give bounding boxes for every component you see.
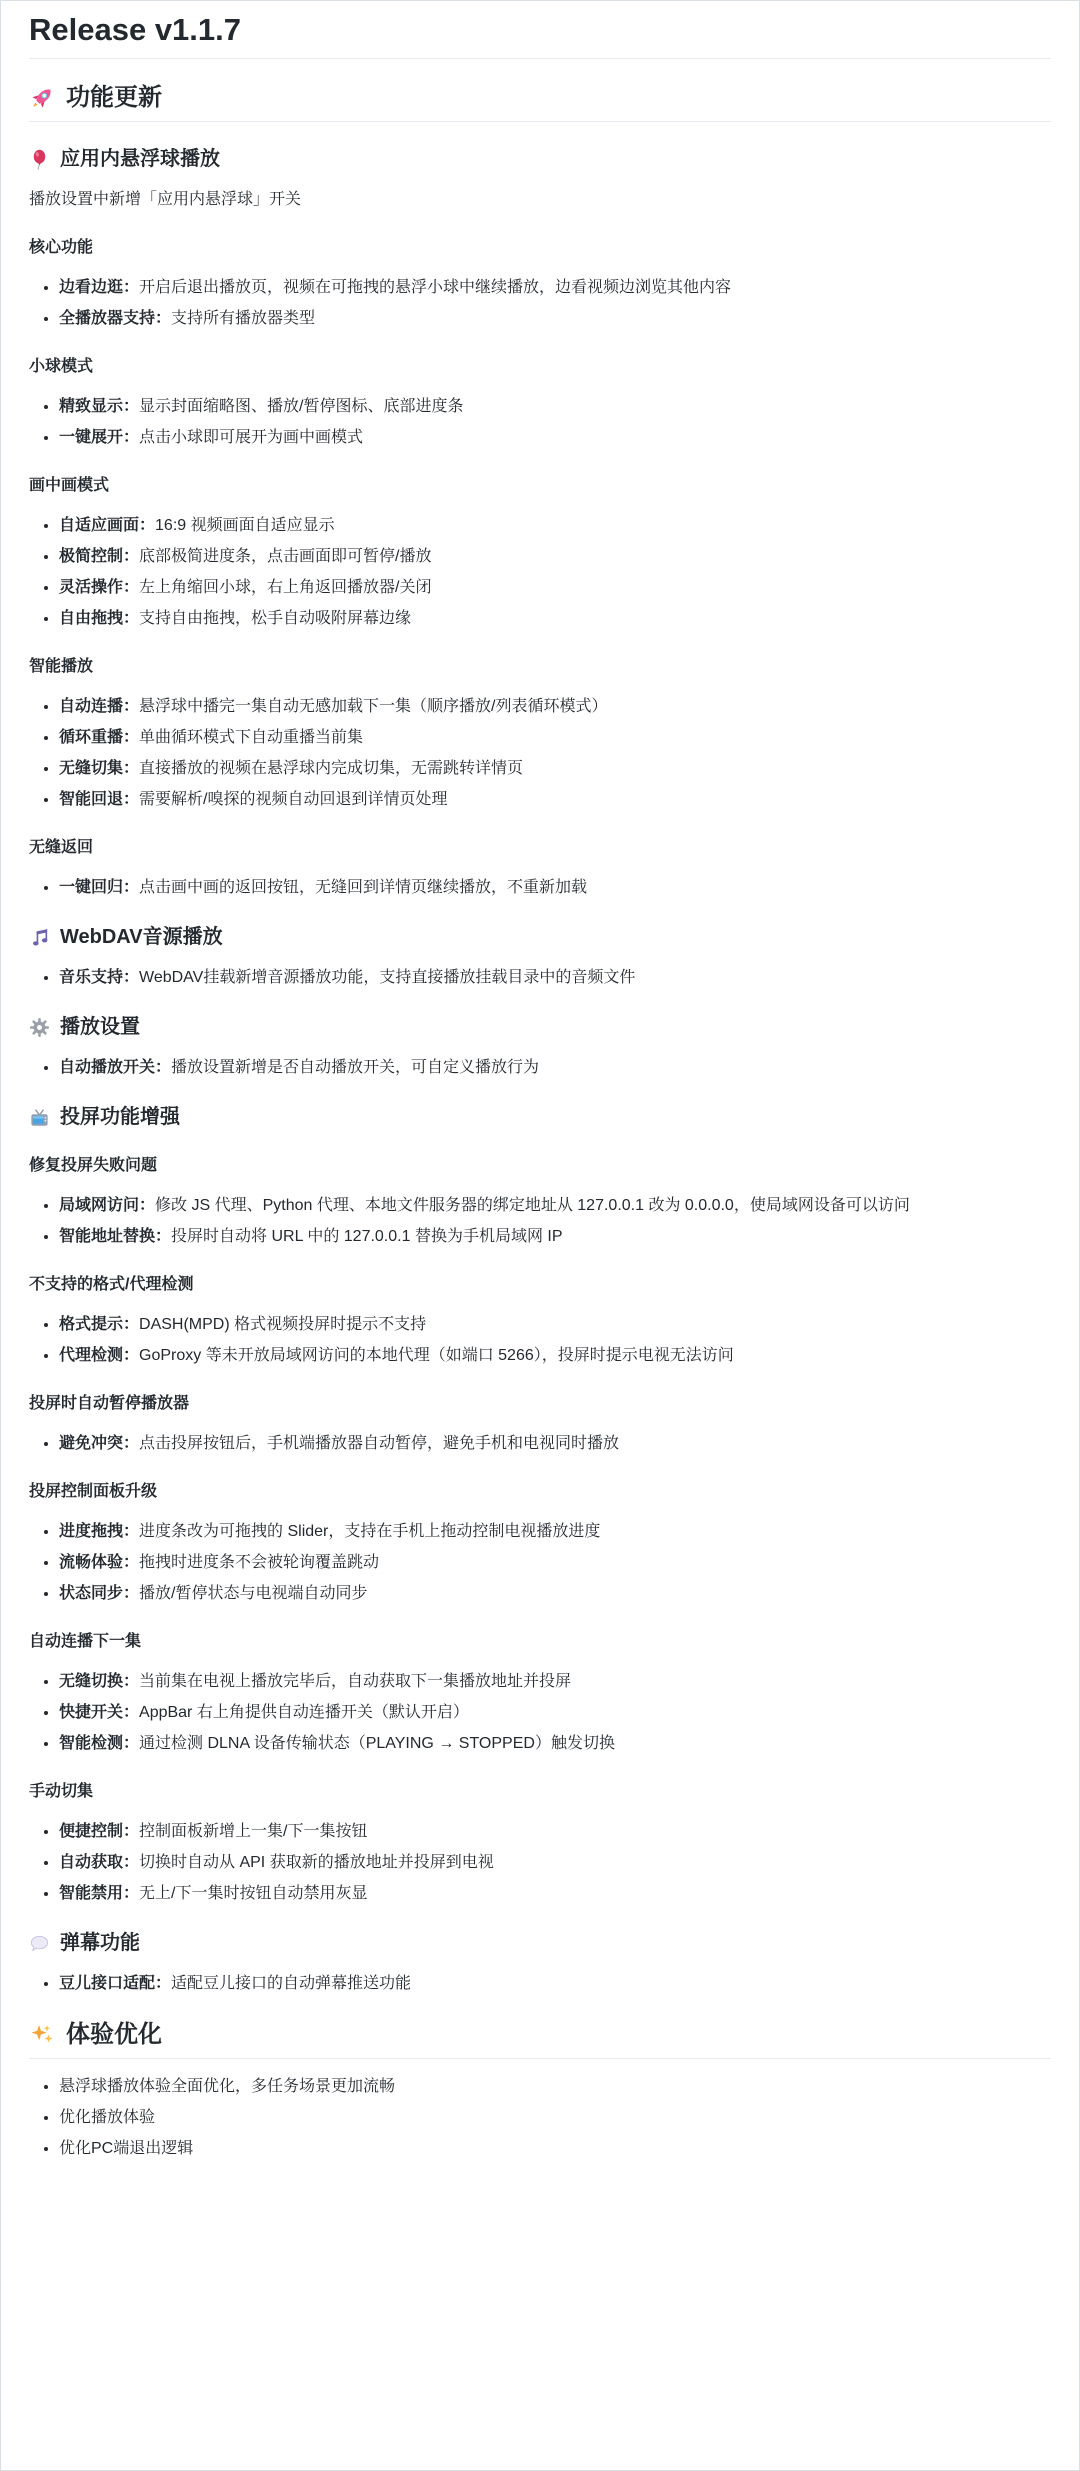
release-body: 功能更新应用内悬浮球播放播放设置中新增「应用内悬浮球」开关核心功能边看边逛：开启… <box>29 83 1051 2161</box>
heading-text: 播放设置中新增「应用内悬浮球」开关 <box>29 191 301 208</box>
subsection-heading: 播放设置 <box>29 1014 1051 1040</box>
group-heading: 手动切集 <box>29 1780 1051 1804</box>
feature-text: 进度条改为可拖拽的 Slider，支持在手机上拖动控制电视播放进度 <box>139 1523 600 1540</box>
feature-label: 精致显示： <box>59 398 139 415</box>
feature-label: 快捷开关： <box>59 1704 139 1721</box>
feature-text: 适配豆儿接口的自动弹幕推送功能 <box>171 1975 411 1992</box>
list-item: 一键回归：点击画中画的返回按钮，无缝回到详情页继续播放，不重新加载 <box>59 876 1051 900</box>
heading-text: 弹幕功能 <box>60 1930 140 1956</box>
list-item: 智能回退：需要解析/嗅探的视频自动回退到详情页处理 <box>59 788 1051 812</box>
heading-text: 投屏功能增强 <box>60 1104 180 1130</box>
list-item: 豆儿接口适配：适配豆儿接口的自动弹幕推送功能 <box>59 1972 1051 1996</box>
feature-text: 拖拽时进度条不会被轮询覆盖跳动 <box>139 1554 379 1571</box>
heading-text: 不支持的格式/代理检测 <box>29 1276 193 1293</box>
feature-text: 切换时自动从 API 获取新的播放地址并投屏到电视 <box>139 1854 494 1871</box>
feature-label: 智能回退： <box>59 791 139 808</box>
group-heading: 自动连播下一集 <box>29 1630 1051 1654</box>
list-item: 无缝切集：直接播放的视频在悬浮球内完成切集，无需跳转详情页 <box>59 757 1051 781</box>
bullet-list: 便捷控制：控制面板新增上一集/下一集按钮自动获取：切换时自动从 API 获取新的… <box>29 1820 1051 1906</box>
bullet-list: 无缝切换：当前集在电视上播放完毕后，自动获取下一集播放地址并投屏快捷开关：App… <box>29 1670 1051 1756</box>
list-item: 一键展开：点击小球即可展开为画中画模式 <box>59 426 1051 450</box>
bullet-list: 避免冲突：点击投屏按钮后，手机端播放器自动暂停，避免手机和电视同时播放 <box>29 1432 1051 1456</box>
bullet-list: 精致显示：显示封面缩略图、播放/暂停图标、底部进度条一键展开：点击小球即可展开为… <box>29 395 1051 450</box>
bullet-list: 悬浮球播放体验全面优化，多任务场景更加流畅优化播放体验优化PC端退出逻辑 <box>29 2075 1051 2161</box>
feature-text: WebDAV挂载新增音源播放功能，支持直接播放挂载目录中的音频文件 <box>139 969 635 986</box>
list-item: 自动连播：悬浮球中播完一集自动无感加载下一集（顺序播放/列表循环模式） <box>59 695 1051 719</box>
feature-text: 底部极简进度条，点击画面即可暂停/播放 <box>139 548 431 565</box>
feature-text: 开启后退出播放页，视频在可拖拽的悬浮小球中继续播放，边看视频边浏览其他内容 <box>139 279 731 296</box>
feature-label: 一键展开： <box>59 429 139 446</box>
group-heading: 不支持的格式/代理检测 <box>29 1273 1051 1297</box>
feature-label: 进度拖拽： <box>59 1523 139 1540</box>
feature-text: 通过检测 DLNA 设备传输状态（PLAYING → STOPPED）触发切换 <box>139 1735 615 1752</box>
group-heading: 投屏控制面板升级 <box>29 1480 1051 1504</box>
gear-icon <box>29 1017 50 1038</box>
section-heading: 体验优化 <box>29 2020 1051 2059</box>
list-item: 精致显示：显示封面缩略图、播放/暂停图标、底部进度条 <box>59 395 1051 419</box>
feature-text: 当前集在电视上播放完毕后，自动获取下一集播放地址并投屏 <box>139 1673 571 1690</box>
feature-text: 优化PC端退出逻辑 <box>59 2140 193 2157</box>
list-item: 无缝切换：当前集在电视上播放完毕后，自动获取下一集播放地址并投屏 <box>59 1670 1051 1694</box>
feature-label: 自动获取： <box>59 1854 139 1871</box>
list-item: 自适应画面：16:9 视频画面自适应显示 <box>59 514 1051 538</box>
subsection-heading: 弹幕功能 <box>29 1930 1051 1956</box>
list-item: 循环重播：单曲循环模式下自动重播当前集 <box>59 726 1051 750</box>
feature-label: 一键回归： <box>59 879 139 896</box>
sparkles-icon <box>29 2022 55 2048</box>
feature-text: 修改 JS 代理、Python 代理、本地文件服务器的绑定地址从 127.0.0… <box>155 1197 910 1214</box>
list-item: 优化播放体验 <box>59 2106 1051 2130</box>
heading-text: 自动连播下一集 <box>29 1633 141 1650</box>
list-item: 流畅体验：拖拽时进度条不会被轮询覆盖跳动 <box>59 1551 1051 1575</box>
bullet-list: 自适应画面：16:9 视频画面自适应显示极简控制：底部极简进度条，点击画面即可暂… <box>29 514 1051 631</box>
list-item: 智能禁用：无上/下一集时按钮自动禁用灰显 <box>59 1882 1051 1906</box>
feature-label: 全播放器支持： <box>59 310 171 327</box>
list-item: 代理检测：GoProxy 等未开放局域网访问的本地代理（如端口 5266），投屏… <box>59 1344 1051 1368</box>
bullet-list: 音乐支持：WebDAV挂载新增音源播放功能，支持直接播放挂载目录中的音频文件 <box>29 966 1051 990</box>
list-item: 格式提示：DASH(MPD) 格式视频投屏时提示不支持 <box>59 1313 1051 1337</box>
list-item: 音乐支持：WebDAV挂载新增音源播放功能，支持直接播放挂载目录中的音频文件 <box>59 966 1051 990</box>
bullet-list: 格式提示：DASH(MPD) 格式视频投屏时提示不支持代理检测：GoProxy … <box>29 1313 1051 1368</box>
feature-text: 悬浮球播放体验全面优化，多任务场景更加流畅 <box>59 2078 395 2095</box>
bullet-list: 豆儿接口适配：适配豆儿接口的自动弹幕推送功能 <box>29 1972 1051 1996</box>
list-item: 自由拖拽：支持自由拖拽，松手自动吸附屏幕边缘 <box>59 607 1051 631</box>
feature-label: 自动播放开关： <box>59 1059 171 1076</box>
heading-text: 核心功能 <box>29 239 93 256</box>
feature-label: 智能检测： <box>59 1735 139 1752</box>
heading-text: WebDAV音源播放 <box>60 924 223 950</box>
heading-text: 画中画模式 <box>29 477 109 494</box>
feature-label: 自由拖拽： <box>59 610 139 627</box>
list-item: 自动播放开关：播放设置新增是否自动播放开关，可自定义播放行为 <box>59 1056 1051 1080</box>
subsection-heading: WebDAV音源播放 <box>29 924 1051 950</box>
list-item: 悬浮球播放体验全面优化，多任务场景更加流畅 <box>59 2075 1051 2099</box>
bullet-list: 一键回归：点击画中画的返回按钮，无缝回到详情页继续播放，不重新加载 <box>29 876 1051 900</box>
bullet-list: 自动播放开关：播放设置新增是否自动播放开关，可自定义播放行为 <box>29 1056 1051 1080</box>
group-heading: 无缝返回 <box>29 836 1051 860</box>
bullet-list: 进度拖拽：进度条改为可拖拽的 Slider，支持在手机上拖动控制电视播放进度流畅… <box>29 1520 1051 1606</box>
list-item: 智能地址替换：投屏时自动将 URL 中的 127.0.0.1 替换为手机局域网 … <box>59 1225 1051 1249</box>
feature-label: 音乐支持： <box>59 969 139 986</box>
list-item: 局域网访问：修改 JS 代理、Python 代理、本地文件服务器的绑定地址从 1… <box>59 1194 1051 1218</box>
feature-text: 需要解析/嗅探的视频自动回退到详情页处理 <box>139 791 447 808</box>
feature-label: 便捷控制： <box>59 1823 139 1840</box>
feature-text: 左上角缩回小球，右上角返回播放器/关闭 <box>139 579 431 596</box>
heading-text: 应用内悬浮球播放 <box>60 146 220 172</box>
feature-label: 格式提示： <box>59 1316 139 1333</box>
speech-bubble-icon <box>29 1933 50 1954</box>
feature-label: 自动连播： <box>59 698 139 715</box>
paragraph: 播放设置中新增「应用内悬浮球」开关 <box>29 188 1051 212</box>
feature-text: 播放设置新增是否自动播放开关，可自定义播放行为 <box>171 1059 539 1076</box>
feature-label: 流畅体验： <box>59 1554 139 1571</box>
feature-text: 点击画中画的返回按钮，无缝回到详情页继续播放，不重新加载 <box>139 879 587 896</box>
feature-text: DASH(MPD) 格式视频投屏时提示不支持 <box>139 1316 426 1333</box>
feature-label: 避免冲突： <box>59 1435 139 1452</box>
list-item: 避免冲突：点击投屏按钮后，手机端播放器自动暂停，避免手机和电视同时播放 <box>59 1432 1051 1456</box>
feature-text: 直接播放的视频在悬浮球内完成切集，无需跳转详情页 <box>139 760 523 777</box>
bullet-list: 自动连播：悬浮球中播完一集自动无感加载下一集（顺序播放/列表循环模式）循环重播：… <box>29 695 1051 812</box>
list-item: 极简控制：底部极简进度条，点击画面即可暂停/播放 <box>59 545 1051 569</box>
feature-label: 极简控制： <box>59 548 139 565</box>
feature-text: GoProxy 等未开放局域网访问的本地代理（如端口 5266），投屏时提示电视… <box>139 1347 734 1364</box>
feature-label: 状态同步： <box>59 1585 139 1602</box>
bullet-list: 局域网访问：修改 JS 代理、Python 代理、本地文件服务器的绑定地址从 1… <box>29 1194 1051 1249</box>
list-item: 边看边逛：开启后退出播放页，视频在可拖拽的悬浮小球中继续播放，边看视频边浏览其他… <box>59 276 1051 300</box>
heading-text: 投屏时自动暂停播放器 <box>29 1395 189 1412</box>
feature-label: 无缝切换： <box>59 1673 139 1690</box>
feature-label: 豆儿接口适配： <box>59 1975 171 1992</box>
list-item: 优化PC端退出逻辑 <box>59 2137 1051 2161</box>
tv-icon <box>29 1107 50 1128</box>
feature-text: 单曲循环模式下自动重播当前集 <box>139 729 363 746</box>
group-heading: 核心功能 <box>29 236 1051 260</box>
list-item: 快捷开关：AppBar 右上角提供自动连播开关（默认开启） <box>59 1701 1051 1725</box>
heading-text: 修复投屏失败问题 <box>29 1157 157 1174</box>
list-item: 智能检测：通过检测 DLNA 设备传输状态（PLAYING → STOPPED）… <box>59 1732 1051 1756</box>
subsection-heading: 应用内悬浮球播放 <box>29 146 1051 172</box>
music-notes-icon <box>29 927 50 948</box>
group-heading: 智能播放 <box>29 655 1051 679</box>
balloon-icon <box>29 149 50 170</box>
group-heading: 小球模式 <box>29 355 1051 379</box>
subsection-heading: 投屏功能增强 <box>29 1104 1051 1130</box>
bullet-list: 边看边逛：开启后退出播放页，视频在可拖拽的悬浮小球中继续播放，边看视频边浏览其他… <box>29 276 1051 331</box>
feature-text: 播放/暂停状态与电视端自动同步 <box>139 1585 367 1602</box>
group-heading: 修复投屏失败问题 <box>29 1154 1051 1178</box>
heading-text: 投屏控制面板升级 <box>29 1483 157 1500</box>
heading-text: 功能更新 <box>66 83 162 113</box>
heading-text: 无缝返回 <box>29 839 93 856</box>
feature-label: 无缝切集： <box>59 760 139 777</box>
list-item: 便捷控制：控制面板新增上一集/下一集按钮 <box>59 1820 1051 1844</box>
list-item: 全播放器支持：支持所有播放器类型 <box>59 307 1051 331</box>
release-notes-card: Release v1.1.7 功能更新应用内悬浮球播放播放设置中新增「应用内悬浮… <box>0 0 1080 2471</box>
list-item: 自动获取：切换时自动从 API 获取新的播放地址并投屏到电视 <box>59 1851 1051 1875</box>
heading-text: 手动切集 <box>29 1783 93 1800</box>
heading-text: 播放设置 <box>60 1014 140 1040</box>
feature-text: 无上/下一集时按钮自动禁用灰显 <box>139 1885 367 1902</box>
feature-text: 点击投屏按钮后，手机端播放器自动暂停，避免手机和电视同时播放 <box>139 1435 619 1452</box>
feature-text: 显示封面缩略图、播放/暂停图标、底部进度条 <box>139 398 463 415</box>
list-item: 状态同步：播放/暂停状态与电视端自动同步 <box>59 1582 1051 1606</box>
heading-text: 体验优化 <box>66 2020 162 2050</box>
feature-label: 循环重播： <box>59 729 139 746</box>
heading-text: 智能播放 <box>29 658 93 675</box>
feature-text: 支持自由拖拽，松手自动吸附屏幕边缘 <box>139 610 411 627</box>
group-heading: 投屏时自动暂停播放器 <box>29 1392 1051 1416</box>
page-title: Release v1.1.7 <box>29 10 1051 59</box>
feature-text: 支持所有播放器类型 <box>171 310 315 327</box>
feature-text: 优化播放体验 <box>59 2109 155 2126</box>
feature-label: 代理检测： <box>59 1347 139 1364</box>
rocket-icon <box>29 85 55 111</box>
feature-text: AppBar 右上角提供自动连播开关（默认开启） <box>139 1704 469 1721</box>
feature-text: 点击小球即可展开为画中画模式 <box>139 429 363 446</box>
feature-label: 自适应画面： <box>59 517 155 534</box>
feature-text: 投屏时自动将 URL 中的 127.0.0.1 替换为手机局域网 IP <box>171 1228 563 1245</box>
feature-label: 灵活操作： <box>59 579 139 596</box>
list-item: 进度拖拽：进度条改为可拖拽的 Slider，支持在手机上拖动控制电视播放进度 <box>59 1520 1051 1544</box>
group-heading: 画中画模式 <box>29 474 1051 498</box>
feature-label: 智能禁用： <box>59 1885 139 1902</box>
feature-text: 16:9 视频画面自适应显示 <box>155 517 335 534</box>
feature-text: 控制面板新增上一集/下一集按钮 <box>139 1823 367 1840</box>
list-item: 灵活操作：左上角缩回小球，右上角返回播放器/关闭 <box>59 576 1051 600</box>
feature-label: 边看边逛： <box>59 279 139 296</box>
feature-text: 悬浮球中播完一集自动无感加载下一集（顺序播放/列表循环模式） <box>139 698 607 715</box>
section-heading: 功能更新 <box>29 83 1051 122</box>
feature-label: 智能地址替换： <box>59 1228 171 1245</box>
feature-label: 局域网访问： <box>59 1197 155 1214</box>
heading-text: 小球模式 <box>29 358 93 375</box>
